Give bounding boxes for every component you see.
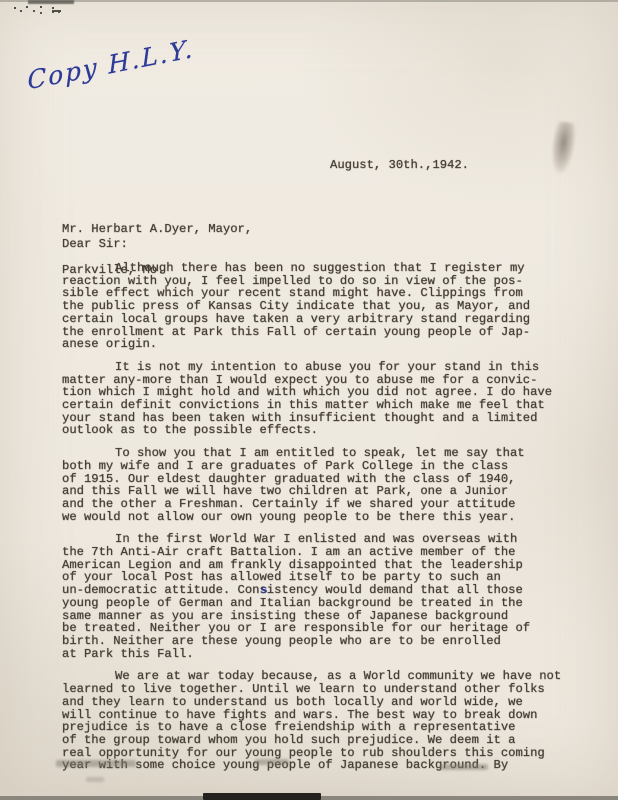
typed-line: certain local groups have taken a very a…: [62, 313, 574, 326]
typed-line: young people of German and Italian backg…: [62, 597, 574, 610]
ink-correction-mark: s: [260, 583, 268, 597]
paragraph: We are at war today because, as a World …: [62, 670, 574, 772]
typed-line: anese origin.: [62, 338, 574, 351]
typed-line: we would not allow our own young people …: [62, 511, 574, 524]
salutation: Dear Sir:: [62, 237, 128, 251]
date-line: August, 30th.,1942.: [330, 158, 469, 172]
typed-line: at Park this Fall.: [62, 648, 574, 661]
typed-line: outlook as to the possible effects.: [62, 424, 574, 437]
ink-ghost-smudge: [56, 760, 136, 767]
ink-ghost-smudge: [86, 777, 104, 782]
paragraph: Although there has been no suggestion th…: [62, 262, 574, 351]
typed-line: and the other a Freshman. Certainly if w…: [62, 498, 574, 511]
ink-ghost-smudge: [255, 759, 289, 765]
typed-line: prejudice is to have a close freiendship…: [62, 721, 574, 734]
typed-line: the 7th Anti-Air craft Battalion. I am a…: [62, 546, 574, 559]
typed-line: of the group toward whom you hold such p…: [62, 734, 574, 747]
paragraph: In the first World War I enlisted and wa…: [62, 533, 574, 660]
typed-line: both my wife and I are graduates of Park…: [62, 460, 574, 473]
paragraph: It is not my intention to abuse you for …: [62, 361, 574, 437]
ink-specks: [14, 7, 16, 9]
handwritten-copy-note: Copy H.L.Y.: [27, 34, 195, 96]
scan-edge-top-dark-segment: [28, 0, 74, 4]
typed-line: year with some choice young people of Ja…: [62, 759, 574, 772]
recipient-name: Mr. Herbart A.Dyer, Mayor,: [62, 223, 252, 237]
letter-paragraphs: Although there has been no suggestion th…: [62, 262, 574, 782]
letter-page: Copy H.L.Y. August, 30th.,1942. Mr. Herb…: [0, 0, 618, 800]
typed-line: learned to live together. Until we learn…: [62, 683, 574, 696]
typed-line: Although there has been no suggestion th…: [62, 262, 574, 275]
typed-line: un-democratic attitude. Consistency woul…: [62, 584, 574, 597]
typed-line: and they learn to understand us both loc…: [62, 696, 574, 709]
typed-line: To show you that I am entitled to speak,…: [62, 447, 574, 460]
typed-line: birth. Neither are these young people wh…: [62, 635, 574, 648]
scan-edge-bottom-dark-segment: [203, 793, 321, 800]
paragraph: To show you that I am entitled to speak,…: [62, 447, 574, 523]
scan-edge-top: [0, 0, 618, 2]
typed-line: It is not my intention to abuse you for …: [62, 361, 574, 374]
ink-ghost-smudge: [440, 764, 488, 770]
ink-speck-dash: [52, 10, 61, 12]
ink-stain: [548, 121, 577, 176]
typed-line: certain definit convictions in this matt…: [62, 399, 574, 412]
typed-line: the public press of Kansas City indicate…: [62, 300, 574, 313]
